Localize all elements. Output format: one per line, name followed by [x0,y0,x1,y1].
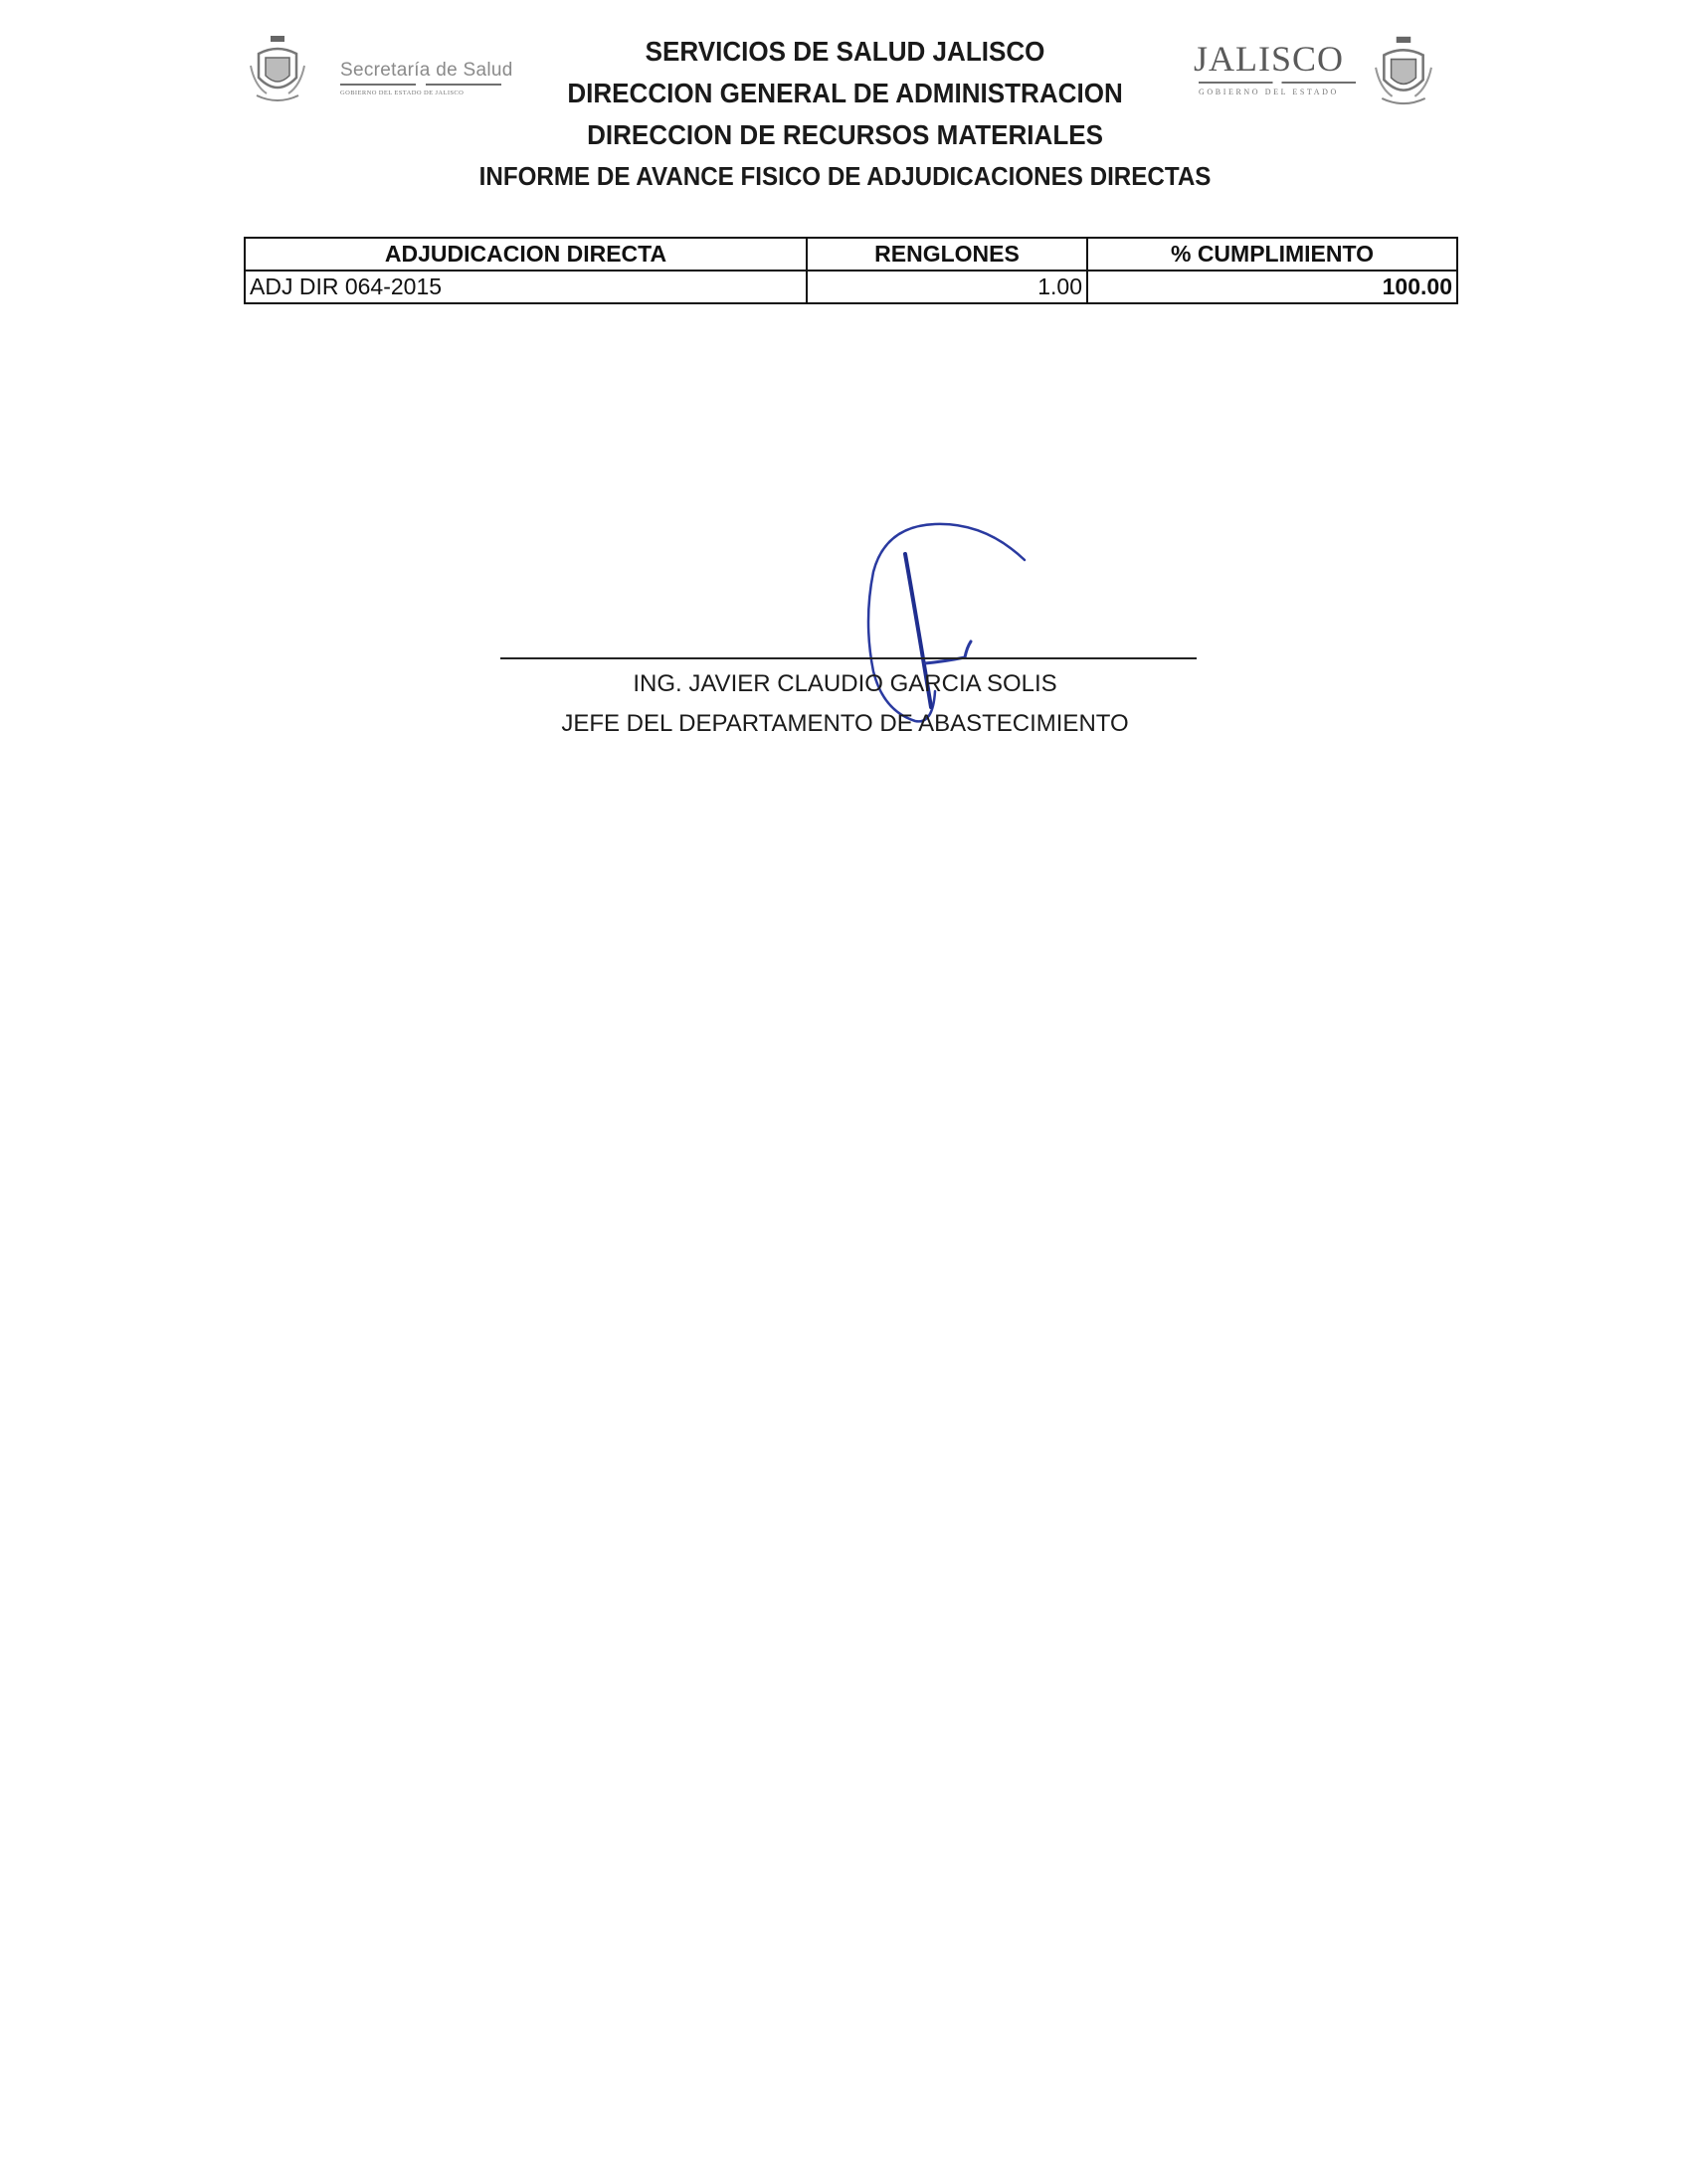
adjudication-table: ADJUDICACION DIRECTA RENGLONES % CUMPLIM… [244,237,1458,304]
signatory-title: JEFE DEL DEPARTAMENTO DE ABASTECIMIENTO [0,710,1690,738]
cell-renglones: 1.00 [807,271,1087,303]
table-row: ADJ DIR 064-2015 1.00 100.00 [245,271,1457,303]
column-header-renglones: RENGLONES [807,238,1087,271]
column-header-cumplimiento: % CUMPLIMIENTO [1087,238,1457,271]
signatory-name: ING. JAVIER CLAUDIO GARCIA SOLIS [0,670,1690,698]
report-title: INFORME DE AVANCE FISICO DE ADJUDICACION… [60,161,1631,192]
table-header-row: ADJUDICACION DIRECTA RENGLONES % CUMPLIM… [245,238,1457,271]
handwritten-signature [826,512,1044,731]
header-direction-general: DIRECCION GENERAL DE ADMINISTRACION [60,78,1631,109]
cell-adjudicacion: ADJ DIR 064-2015 [245,271,807,303]
header-direction-materials: DIRECCION DE RECURSOS MATERIALES [60,119,1631,151]
cell-cumplimiento: 100.00 [1087,271,1457,303]
header-organization: SERVICIOS DE SALUD JALISCO [60,36,1631,68]
column-header-adjudicacion: ADJUDICACION DIRECTA [245,238,807,271]
signature-line [500,657,1197,659]
